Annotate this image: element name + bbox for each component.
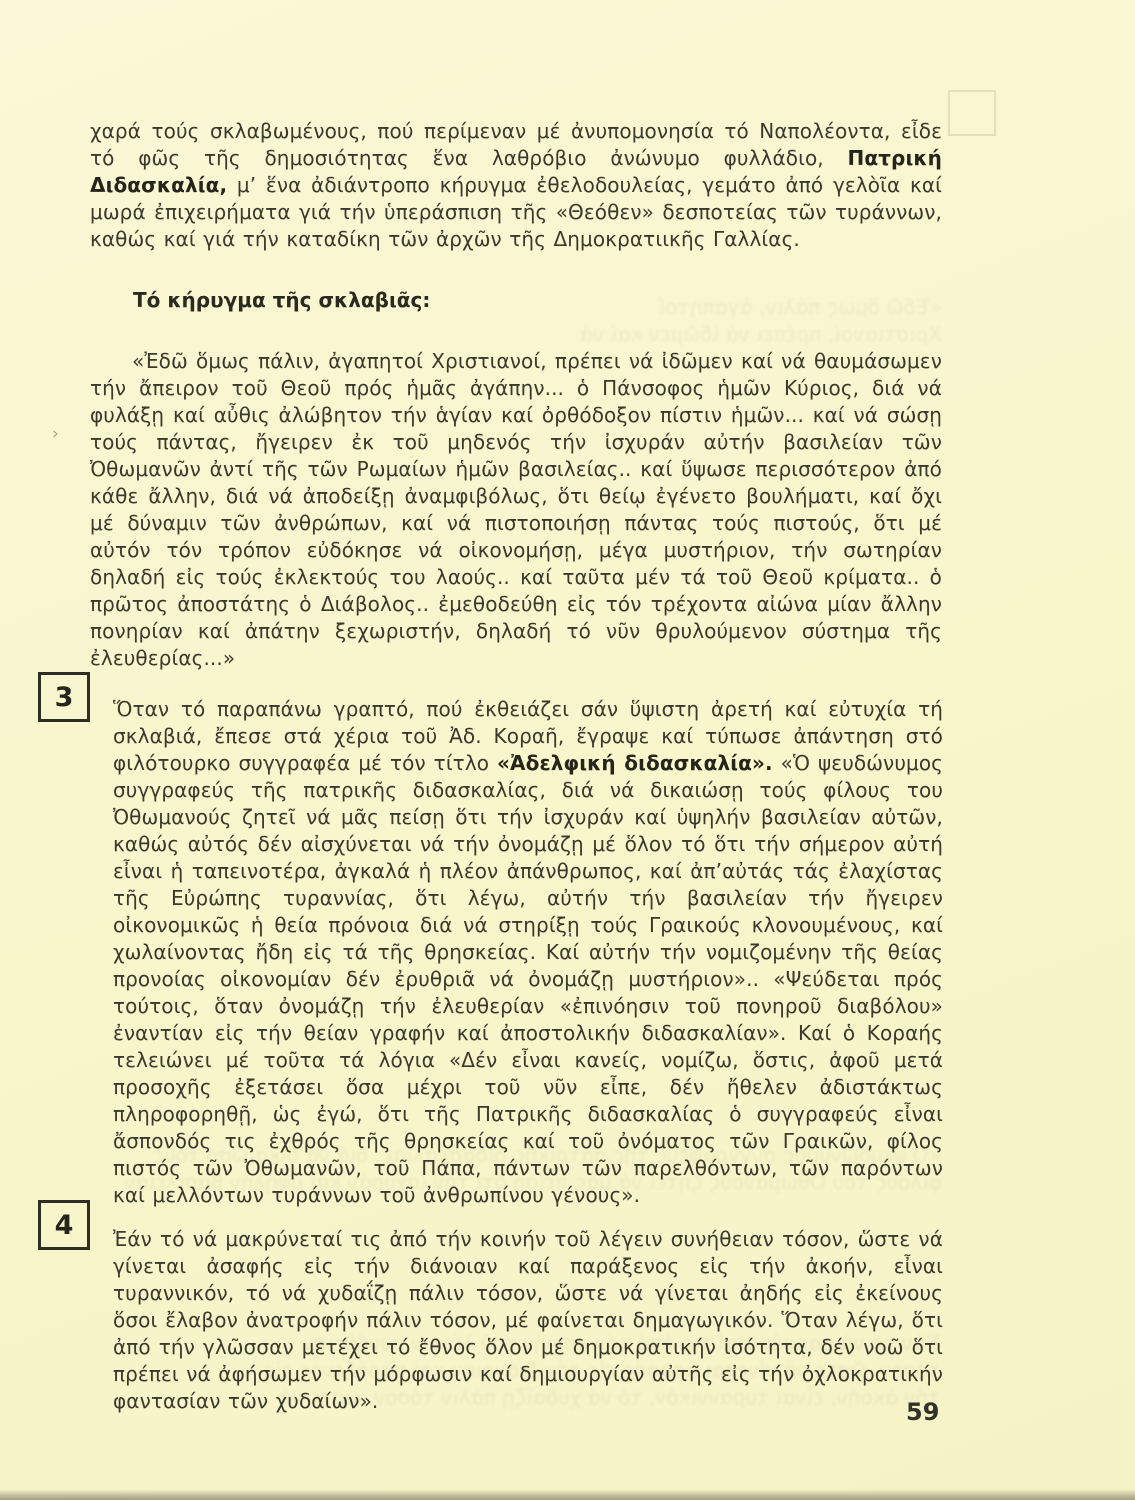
bleedthrough-box-artifact	[948, 90, 996, 136]
sermon-heading: Τό κήρυγμα τῆς σκλαβιᾶς:	[133, 288, 430, 312]
page-number: 59	[906, 1398, 939, 1426]
section-3-text-post: «Ὁ ψευδώνυμος συγγραφεύς τῆς πατρικῆς δι…	[113, 751, 943, 1207]
section-3-marker-box: 3	[38, 672, 90, 722]
scan-edge-shadow	[0, 1489, 1135, 1500]
margin-mark-artifact: ›	[52, 424, 59, 444]
section-4-marker-box: 4	[38, 1200, 90, 1250]
intro-paragraph: χαρά τούς σκλαβωμένους, πού περίμεναν μέ…	[90, 118, 942, 253]
section-4-number: 4	[55, 1210, 74, 1241]
sermon-quote-paragraph: «Ἐδῶ ὅμως πάλιν, ἀγαπητοί Χριστιανοί, πρ…	[90, 348, 942, 672]
bleedthrough-artifact: «Ἐδῶ ὅμως πάλιν, ἀγαπητοί Χριστιανοί, πρ…	[560, 294, 942, 350]
section-4-paragraph: Ἐάν τό νά μακρύνεταί τις ἀπό τήν κοινήν …	[113, 1226, 943, 1415]
section-3-paragraph: Ὅταν τό παραπάνω γραπτό, πού ἐκθειάζει σ…	[113, 696, 943, 1209]
section-3-number: 3	[55, 682, 74, 713]
book-page: χαρά τούς σκλαβωμένους, πού περίμεναν μέ…	[0, 0, 1135, 1500]
intro-text-pre: χαρά τούς σκλαβωμένους, πού περίμεναν μέ…	[90, 119, 942, 170]
section-3-bold-title: «Ἀδελφική διδασκαλία».	[497, 751, 773, 775]
